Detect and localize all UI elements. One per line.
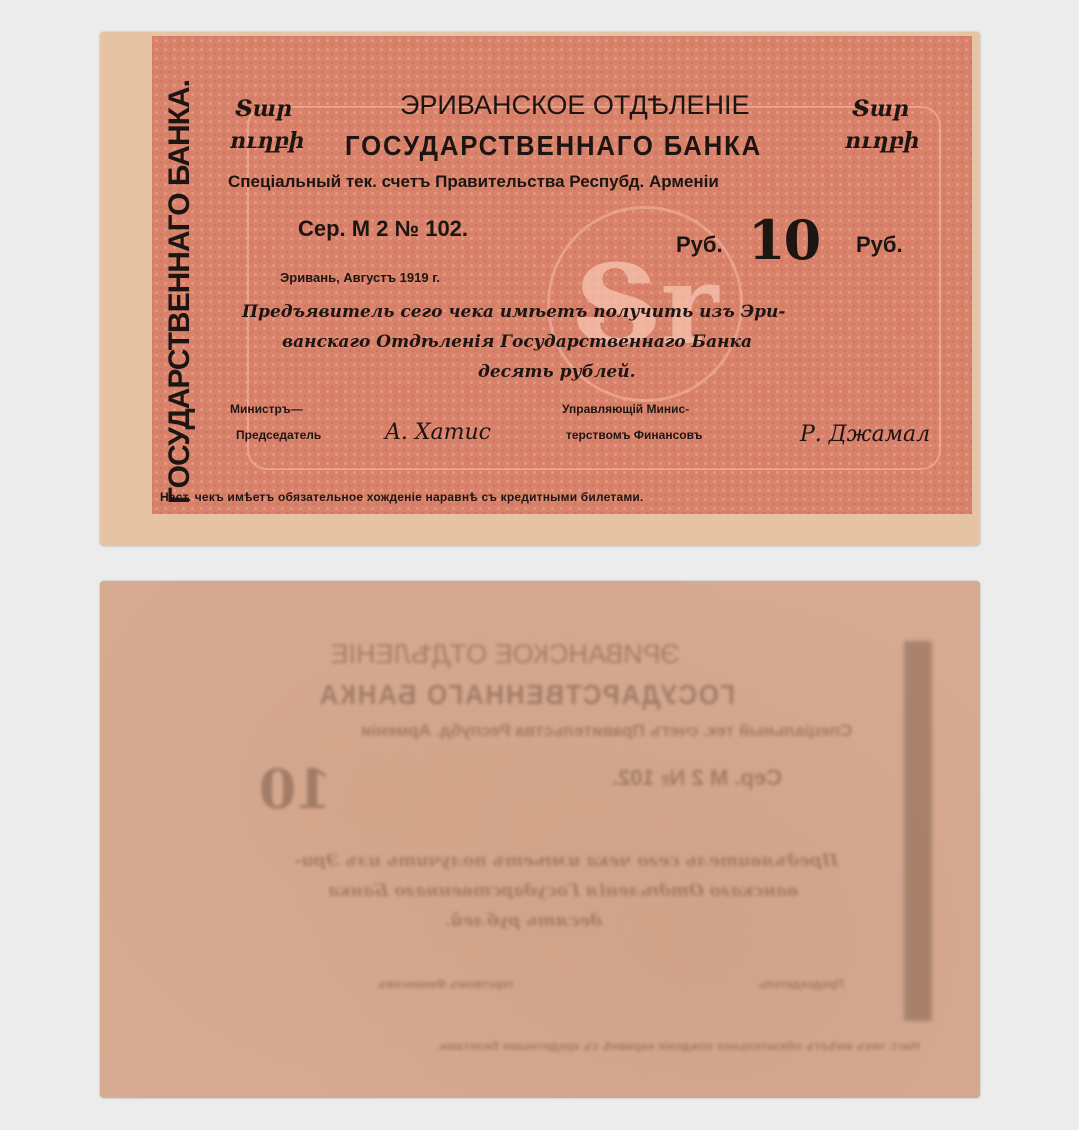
banknote-front: Տr ГОСУДАРСТВЕННАГО БАНКА. Տար ուղբի Տար…: [100, 32, 980, 546]
serial-number: Сер. М 2 № 102.: [298, 216, 468, 242]
account-line: Спеціальный тек. счетъ Правительства Рес…: [228, 172, 719, 192]
bank-title: ГОСУДАРСТВЕННАГО БАНКА: [345, 130, 762, 162]
ghost-account-line: Спеціальный тек. счетъ Правительства Рес…: [361, 721, 852, 741]
bearer-text-line2: ванскаго Отдѣленія Государственнаго Банк…: [282, 332, 752, 352]
bearer-text-line1: Предъявитель сего чека имѣетъ получить и…: [242, 302, 785, 322]
signatory-left-title2: Председатель: [236, 428, 321, 442]
ghost-signatory-left: Председатель: [759, 977, 844, 991]
signature-left: A. Хатис: [385, 420, 491, 445]
banknote-back: ЭРИВАНСКОЕ ОТДѢЛЕНІЕ ГОСУДАРСТВЕННАГО БА…: [100, 581, 980, 1098]
ghost-bearer-line3: десять рублей.: [444, 911, 602, 931]
armenian-text-right-top: Տար: [852, 96, 909, 122]
ghost-serial-number: Сер. М 2 № 102.: [612, 765, 782, 791]
signatory-right-title2: терствомъ Финансовъ: [566, 428, 702, 442]
ghost-signatory-right: терствомъ Финансовъ: [378, 977, 514, 991]
armenian-text-left-bottom: ուղբի: [230, 128, 305, 154]
ghost-bearer-line2: ванскаго Отдѣленія Государственнаго Банк…: [328, 881, 798, 901]
armenian-text-right-bottom: ուղբի: [845, 128, 920, 154]
ghost-denomination: 10: [261, 757, 332, 821]
ghost-bearer-line1: Предъявитель сего чека имѣетъ получить и…: [295, 851, 838, 871]
signature-right: Р. Джамал: [800, 422, 930, 447]
bearer-text-line3: десять рублей.: [478, 362, 636, 382]
signatory-left-title1: Министръ—: [230, 402, 303, 416]
ghost-bank-title: ГОСУДАРСТВЕННАГО БАНКА: [318, 679, 735, 711]
denomination: 10: [748, 208, 819, 272]
branch-title: ЭРИВАНСКОЕ ОТДѢЛЕНІЕ: [400, 90, 750, 121]
currency-right: Руб.: [856, 232, 903, 258]
vertical-bank-text: ГОСУДАРСТВЕННАГО БАНКА.: [160, 92, 200, 492]
signatory-right-title1: Управляющій Минис-: [562, 402, 689, 416]
place-date: Эривань, Августъ 1919 г.: [280, 270, 440, 285]
legal-tender-footer: Наст. чекъ имѣетъ обязательное хожденіе …: [160, 490, 644, 504]
mirrored-show-through: ЭРИВАНСКОЕ ОТДѢЛЕНІЕ ГОСУДАРСТВЕННАГО БА…: [100, 581, 980, 1098]
ghost-branch-title: ЭРИВАНСКОЕ ОТДѢЛЕНІЕ: [331, 639, 681, 670]
ghost-footer: Наст. чекъ имѣетъ обязательное хожденіе …: [436, 1039, 920, 1053]
armenian-text-left-top: Տար: [235, 96, 292, 122]
currency-left: Руб.: [676, 232, 723, 258]
